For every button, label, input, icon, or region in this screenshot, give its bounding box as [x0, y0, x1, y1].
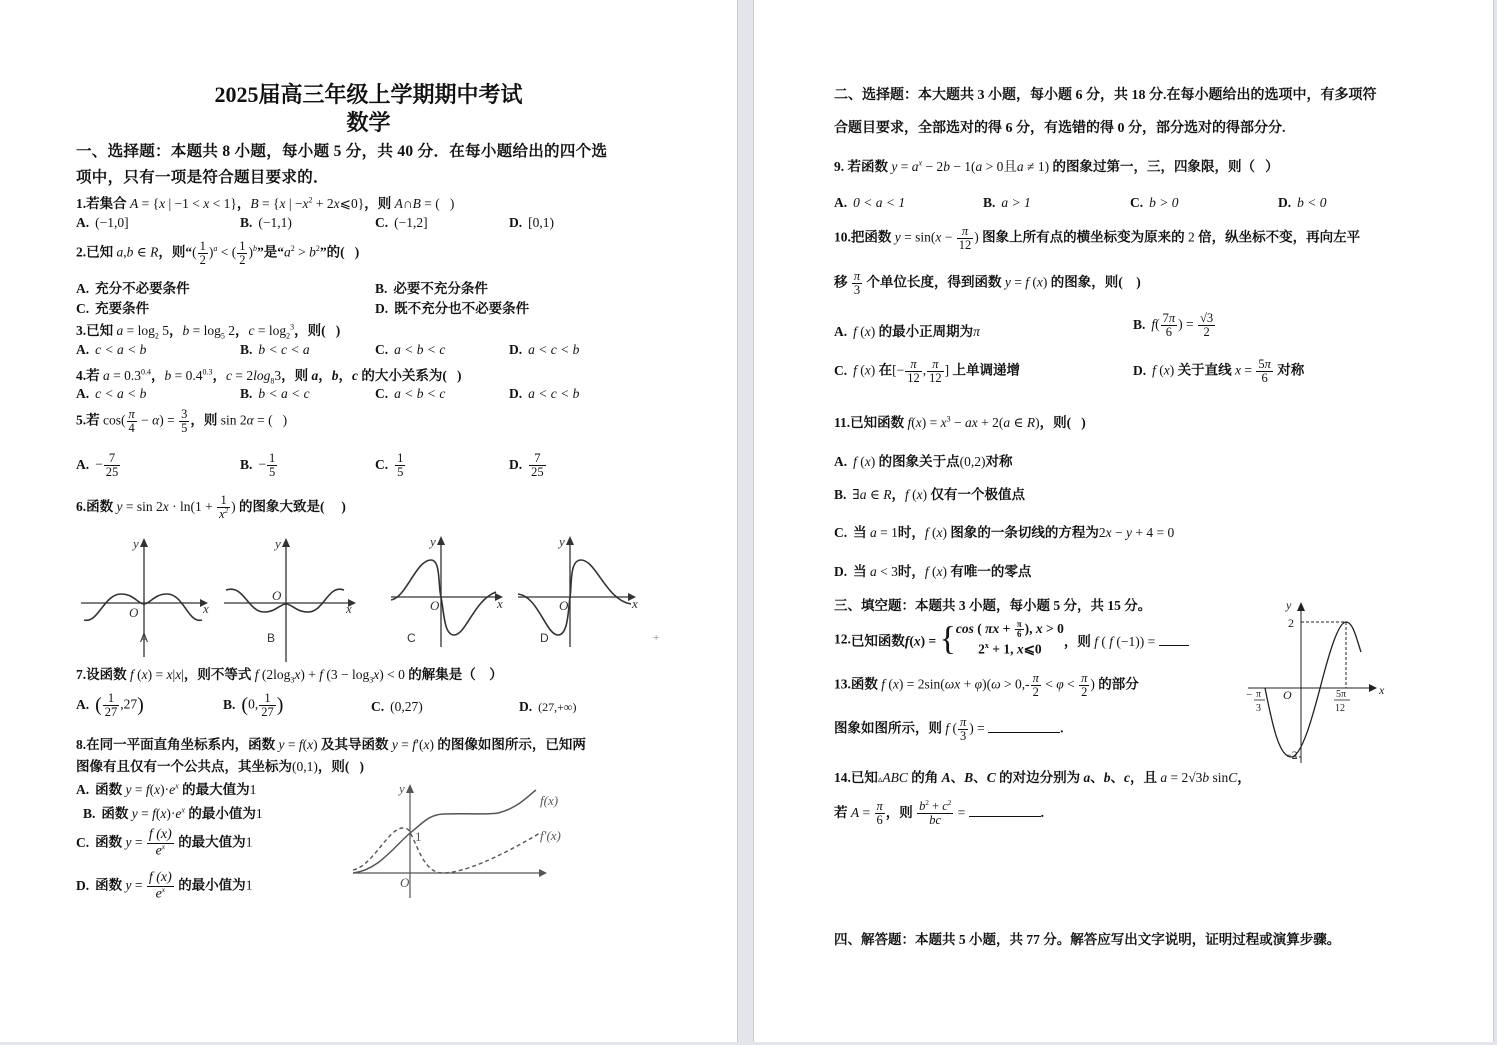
q5-option-d[interactable]: D.725 — [509, 452, 547, 479]
question-2: 2.已知 a,b ∈ R，则“(12)a < (12)b”是“a2 > b2”的… — [76, 240, 359, 267]
question-13-line1: 13.函数 f (x) = 2sin(ωx + φ)(ω > 0,-π2 < φ… — [834, 672, 1139, 699]
question-6: 6.函数 y = sin 2x · ln(1 + 1x2) 的图象大致是( ) — [76, 494, 346, 521]
svg-text:O: O — [129, 605, 139, 620]
svg-text:+: + — [653, 632, 659, 644]
section2-header-line2: 合题目要求，全部选对的得 6 分，有选错的得 0 分，部分选对的得部分分. — [834, 117, 1286, 137]
q7-option-b[interactable]: B.(0,127) — [223, 692, 283, 719]
svg-text:B: B — [267, 631, 275, 645]
document-subject: 数学 — [0, 106, 737, 137]
svg-text:O: O — [430, 598, 440, 613]
q11-option-a[interactable]: A.f (x) 的图象关于点(0,2)对称 — [834, 450, 1013, 470]
q4-option-c[interactable]: C.a < b < c — [375, 386, 445, 402]
svg-text:O: O — [559, 598, 569, 613]
q3-option-b[interactable]: B.b < c < a — [240, 342, 310, 358]
q2-option-d[interactable]: D.既不充分也不必要条件 — [375, 297, 529, 317]
q9-option-c[interactable]: C.b > 0 — [1130, 195, 1179, 211]
q1-option-b[interactable]: B.(−1,1) — [240, 215, 292, 231]
svg-text:C: C — [407, 631, 416, 645]
q3-option-a[interactable]: A.c < a < b — [76, 342, 146, 358]
q10-option-a[interactable]: A.f (x) 的最小正周期为π — [834, 320, 980, 340]
q2-option-a[interactable]: A.充分不必要条件 — [76, 277, 190, 297]
question-3: 3.已知 a = log2 5，b = log5 2，c = log23，则( … — [76, 319, 340, 341]
svg-text:5π: 5π — [1336, 689, 1346, 700]
q1-option-d[interactable]: D.[0,1) — [509, 215, 554, 231]
q6-graph-b[interactable]: y x O B — [224, 536, 356, 662]
q6-graph-c[interactable]: y x O C — [391, 534, 503, 647]
question-stem: 若集合 A = {x | −1 < x < 1}，B = {x | −x2 + … — [86, 196, 454, 211]
page-left: 2025届高三年级上学期期中考试 数学 一、选择题：本题共 8 小题，每小题 5… — [0, 0, 738, 1042]
question-7: 7.设函数 f (x) = x|x|，则不等式 f (2log3x) + f (… — [76, 663, 503, 685]
question-10-line1: 10.把函数 y = sin(x − π12) 图象上所有点的横坐标变为原来的 … — [834, 225, 1360, 252]
document-title: 2025届高三年级上学期期中考试 — [0, 78, 737, 109]
section2-header-line1: 二、选择题：本大题共 3 小题，每小题 6 分，共 18 分.在每小题给出的选项… — [834, 84, 1377, 104]
question-13-line2: 图象如图所示，则 f (π3) = . — [834, 716, 1064, 743]
fpx-curve — [353, 828, 540, 873]
svg-text:O: O — [400, 875, 410, 890]
svg-text:y: y — [428, 534, 436, 549]
q11-option-d[interactable]: D.当 a < 3时，f (x) 有唯一的零点 — [834, 560, 1031, 580]
svg-text:D: D — [540, 631, 549, 645]
svg-text:x: x — [631, 596, 638, 611]
question-8-line2: 图像有且仅有一个公共点，其坐标为(0,1)，则( ) — [76, 755, 364, 775]
svg-text:y: y — [1285, 598, 1292, 612]
q9-option-a[interactable]: A.0 < a < 1 — [834, 195, 905, 211]
q6-graphs: y x O A y x O B y x O C — [76, 532, 666, 662]
svg-text:2: 2 — [1288, 616, 1294, 630]
svg-text:x: x — [345, 601, 352, 616]
question-10-line2: 移 π3 个单位长度，得到函数 y = f (x) 的图象，则( ) — [834, 270, 1141, 297]
q13-graph: y x 2 O −2 − π 3 5π 12 — [1243, 597, 1393, 765]
svg-text:y: y — [273, 536, 281, 551]
svg-text:f′(x): f′(x) — [540, 828, 561, 843]
q4-option-b[interactable]: B.b < a < c — [240, 386, 310, 402]
svg-text:x: x — [202, 601, 209, 616]
fx-curve — [353, 790, 536, 873]
svg-text:y: y — [131, 536, 139, 551]
q10-option-d[interactable]: D.f (x) 关于直线 x = 5π6 对称 — [1133, 358, 1304, 385]
q8-graph: y 1 O f(x) f′(x) — [348, 778, 588, 900]
q8-option-b[interactable]: B.函数 y = f(x)·ex 的最小值为1 — [83, 802, 263, 822]
section1-header-line2: 项中，只有一项是符合题目要求的． — [76, 165, 329, 187]
svg-text:y: y — [557, 534, 565, 549]
q10-option-b[interactable]: B.f(7π6) = √32 — [1133, 312, 1216, 339]
svg-text:A: A — [140, 631, 148, 645]
q1-option-a[interactable]: A.(−1,0] — [76, 215, 129, 231]
question-1: 1.若集合 A = {x | −1 < x < 1}，B = {x | −x2 … — [76, 192, 454, 212]
q3-option-d[interactable]: D.a < c < b — [509, 342, 579, 358]
section4-header: 四、解答题：本题共 5 小题，共 77 分。解答应写出文字说明，证明过程或演算步… — [834, 928, 1340, 948]
q11-option-b[interactable]: B.∃a ∈ R，f (x) 仅有一个极值点 — [834, 483, 1025, 503]
q5-option-a[interactable]: A.−725 — [76, 452, 121, 479]
q6-graph-a[interactable]: y x O A — [81, 536, 209, 657]
q8-option-a[interactable]: A.函数 y = f(x)·ex 的最大值为1 — [76, 778, 256, 798]
q7-option-c[interactable]: C.(0,27) — [371, 699, 423, 715]
svg-text:y: y — [397, 781, 405, 796]
svg-text:x: x — [1378, 683, 1385, 697]
svg-text:−2: −2 — [1285, 748, 1298, 762]
q5-option-c[interactable]: C.15 — [375, 452, 406, 479]
svg-text:O: O — [1283, 688, 1292, 702]
q6-graph-d[interactable]: y x O D — [518, 534, 638, 647]
question-5: 5.若 cos(π4 − α) = 35，则 sin 2α = ( ) — [76, 408, 287, 435]
question-number: 1. — [76, 196, 86, 211]
q2-option-b[interactable]: B.必要不充分条件 — [375, 277, 488, 297]
q11-option-c[interactable]: C.当 a = 1时，f (x) 图象的一条切线的方程为2x − y + 4 =… — [834, 521, 1174, 541]
question-4: 4.若 a = 0.30.4，b = 0.40.3，c = 2log83，则 a… — [76, 364, 462, 386]
question-12: 12.已知函数f(x) = {cos ( πx + π6), x > 02x +… — [834, 620, 1189, 659]
q7-option-d[interactable]: D.(27,+∞) — [519, 699, 576, 715]
svg-text:1: 1 — [415, 829, 422, 844]
q9-option-b[interactable]: B.a > 1 — [983, 195, 1031, 211]
q9-option-d[interactable]: D.b < 0 — [1278, 195, 1327, 211]
page-right: 二、选择题：本大题共 3 小题，每小题 6 分，共 18 分.在每小题给出的选项… — [753, 0, 1494, 1042]
svg-text:−: − — [1246, 689, 1252, 701]
q8-option-c[interactable]: C.函数 y = f (x)ex 的最大值为1 — [76, 828, 252, 859]
question-8-line1: 8.在同一平面直角坐标系内，函数 y = f(x) 及其导函数 y = f′(x… — [76, 733, 586, 753]
q3-option-c[interactable]: C.a < b < c — [375, 342, 445, 358]
question-14-line2: 若 A = π6，则 b2 + c2bc = . — [834, 800, 1044, 827]
sine-curve — [1265, 622, 1361, 757]
q10-option-c[interactable]: C.f (x) 在[−π12,π12] 上单调递增 — [834, 358, 1020, 385]
q1-option-c[interactable]: C.(−1,2] — [375, 215, 428, 231]
svg-text:x: x — [496, 596, 503, 611]
section3-header: 三、填空题：本题共 3 小题，每小题 5 分，共 15 分。 — [834, 594, 1151, 614]
svg-text:π: π — [1256, 689, 1261, 700]
section1-header-line1: 一、选择题：本题共 8 小题，每小题 5 分，共 40 分．在每小题给出的四个选 — [76, 139, 607, 161]
q8-option-d[interactable]: D.函数 y = f (x)ex 的最小值为1 — [76, 871, 252, 902]
q7-option-a[interactable]: A.(127,27) — [76, 692, 144, 719]
svg-text:f(x): f(x) — [540, 793, 558, 808]
svg-text:3: 3 — [1256, 703, 1261, 714]
q2-option-c[interactable]: C.充要条件 — [76, 297, 149, 317]
q4-option-d[interactable]: D.a < c < b — [509, 386, 579, 402]
q5-option-b[interactable]: B.−15 — [240, 452, 278, 479]
q4-option-a[interactable]: A.c < a < b — [76, 386, 146, 402]
question-9: 9. 若函数 y = ax − 2b − 1(a > 0且a ≠ 1) 的图象过… — [834, 155, 1279, 175]
question-14-line1: 14.已知▵ABC 的角 A、B、C 的对边分别为 a、b、c，且 a = 2√… — [834, 766, 1251, 786]
svg-text:12: 12 — [1335, 703, 1345, 714]
svg-text:O: O — [272, 588, 282, 603]
question-11: 11.已知函数 f(x) = x3 − ax + 2(a ∈ R)，则( ) — [834, 411, 1086, 431]
